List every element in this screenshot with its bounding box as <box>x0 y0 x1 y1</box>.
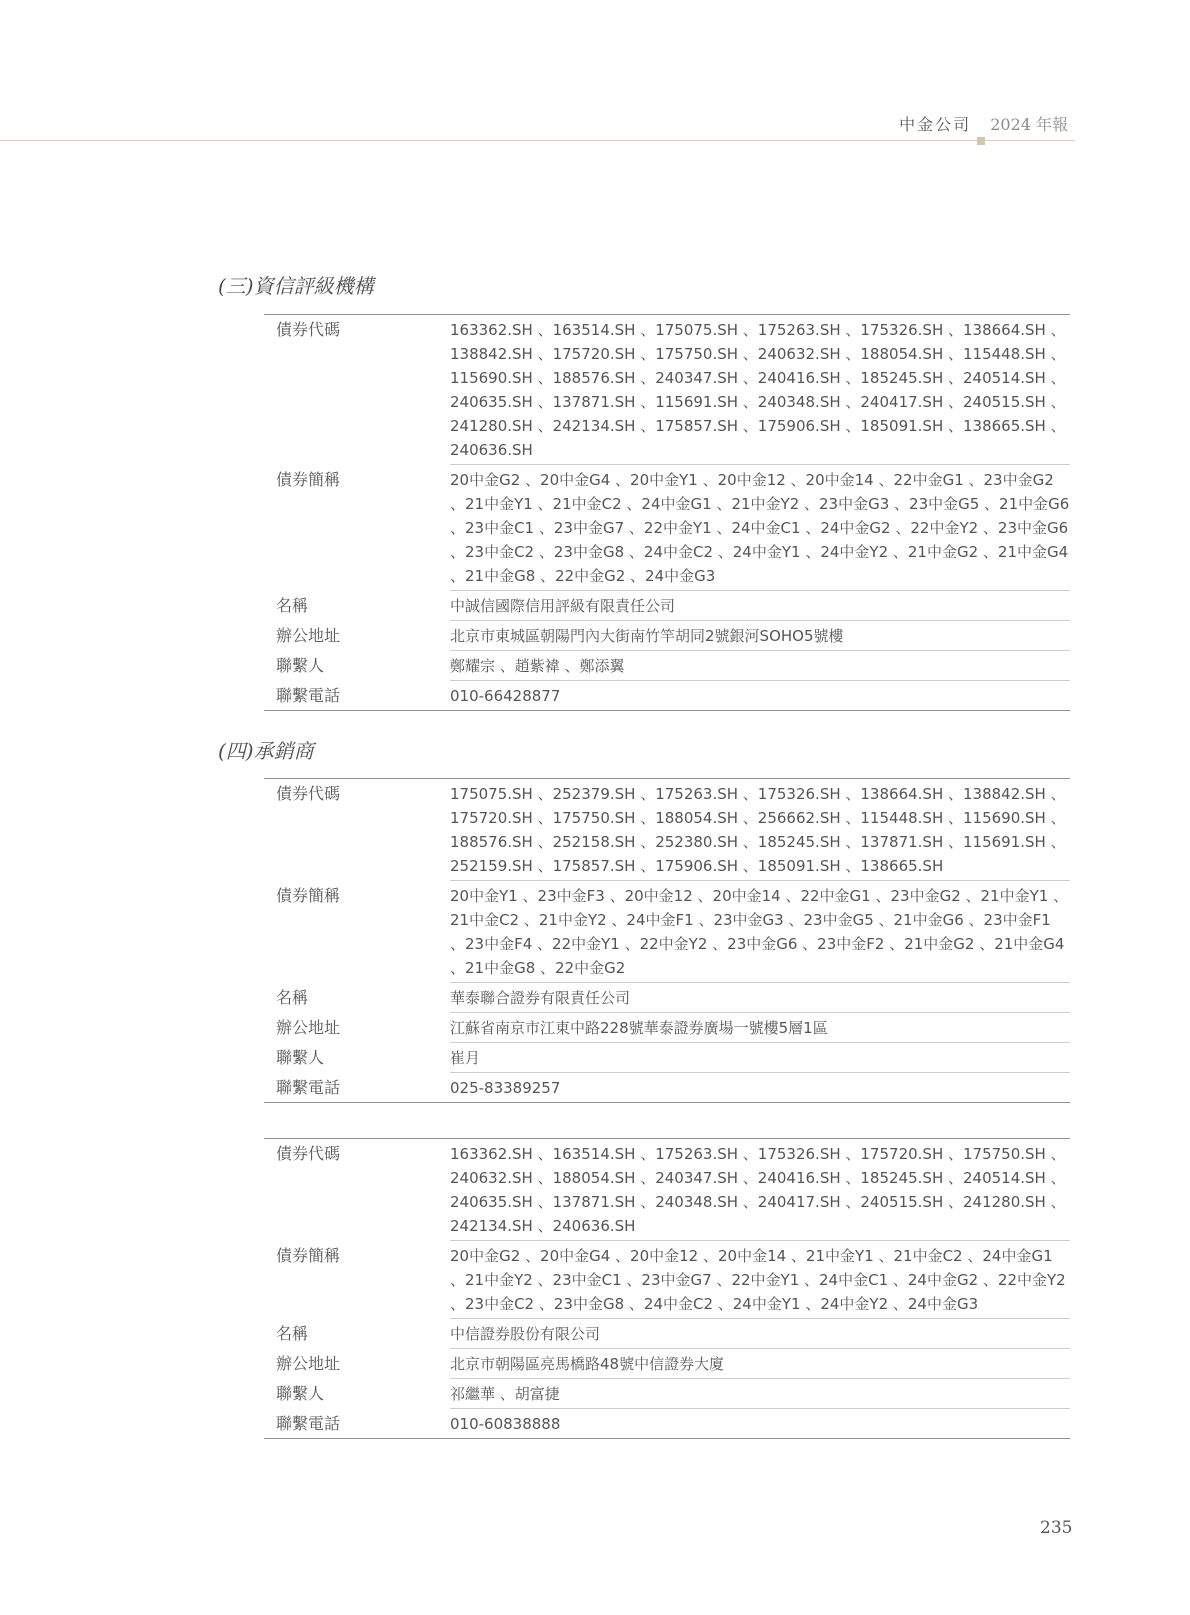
row-value-office-address: 江蘇省南京市江東中路228號華泰證券廣場一號樓5層1區 <box>450 1013 1070 1043</box>
table-row-bond-abbr: 債券簡稱 20中金G2 、20中金G4 、20中金Y1 、20中金12 、20中… <box>264 465 1070 591</box>
table-row-contact-person: 聯繫人 祁繼華 、胡富捷 <box>264 1379 1070 1409</box>
row-value-contact-person: 鄭耀宗 、趙紫褘 、鄭添翼 <box>450 651 1070 681</box>
row-label: 債券簡稱 <box>264 1241 450 1319</box>
table-row-office-address: 辦公地址 北京市東城區朝陽門內大街南竹竿胡同2號銀河SOHO5號樓 <box>264 621 1070 651</box>
row-label: 聯繫電話 <box>264 681 450 710</box>
header-report-title: 2024 年報 <box>990 115 1068 134</box>
row-label: 債券代碼 <box>264 1139 450 1241</box>
row-label: 債券代碼 <box>264 315 450 465</box>
underwriter-table-1: 債券代碼 175075.SH 、252379.SH 、175263.SH 、17… <box>264 778 1070 1103</box>
row-value-contact-phone: 025-83389257 <box>450 1073 1070 1102</box>
row-label: 名稱 <box>264 983 450 1013</box>
row-value-bond-abbr: 20中金Y1 、23中金F3 、20中金12 、20中金14 、22中金G1 、… <box>450 881 1070 983</box>
table-row-bond-code: 債券代碼 175075.SH 、252379.SH 、175263.SH 、17… <box>264 779 1070 881</box>
section-title-underwriters: (四)承銷商 <box>218 735 314 764</box>
table-row-bond-code: 債券代碼 163362.SH 、163514.SH 、175263.SH 、17… <box>264 1139 1070 1241</box>
row-label: 聯繫人 <box>264 1379 450 1409</box>
row-value-bond-abbr: 20中金G2 、20中金G4 、20中金Y1 、20中金12 、20中金14 、… <box>450 465 1070 591</box>
row-label: 聯繫人 <box>264 1043 450 1073</box>
row-value-name: 中信證券股份有限公司 <box>450 1319 1070 1349</box>
row-value-name: 中誠信國際信用評級有限責任公司 <box>450 591 1070 621</box>
header-square-ornament <box>977 137 985 145</box>
table-row-name: 名稱 中信證券股份有限公司 <box>264 1319 1070 1349</box>
row-label: 聯繫電話 <box>264 1073 450 1102</box>
table-row-contact-person: 聯繫人 崔月 <box>264 1043 1070 1073</box>
row-label: 辦公地址 <box>264 1349 450 1379</box>
table-row-contact-phone: 聯繫電話 010-66428877 <box>264 681 1070 710</box>
row-label: 聯繫人 <box>264 651 450 681</box>
table-row-contact-person: 聯繫人 鄭耀宗 、趙紫褘 、鄭添翼 <box>264 651 1070 681</box>
row-value-office-address: 北京市朝陽區亮馬橋路48號中信證券大廈 <box>450 1349 1070 1379</box>
running-header: 中金公司 2024 年報 <box>899 112 1068 135</box>
row-value-bond-code: 175075.SH 、252379.SH 、175263.SH 、175326.… <box>450 779 1070 881</box>
header-divider <box>0 140 1075 141</box>
row-value-bond-abbr: 20中金G2 、20中金G4 、20中金12 、20中金14 、21中金Y1 、… <box>450 1241 1070 1319</box>
table-row-contact-phone: 聯繫電話 025-83389257 <box>264 1073 1070 1102</box>
table-row-office-address: 辦公地址 北京市朝陽區亮馬橋路48號中信證券大廈 <box>264 1349 1070 1379</box>
row-label: 聯繫電話 <box>264 1409 450 1438</box>
row-label: 辦公地址 <box>264 1013 450 1043</box>
credit-rating-table: 債券代碼 163362.SH 、163514.SH 、175075.SH 、17… <box>264 314 1070 711</box>
row-label: 名稱 <box>264 1319 450 1349</box>
table-row-bond-abbr: 債券簡稱 20中金Y1 、23中金F3 、20中金12 、20中金14 、22中… <box>264 881 1070 983</box>
row-label: 名稱 <box>264 591 450 621</box>
row-value-name: 華泰聯合證券有限責任公司 <box>450 983 1070 1013</box>
table-row-bond-abbr: 債券簡稱 20中金G2 、20中金G4 、20中金12 、20中金14 、21中… <box>264 1241 1070 1319</box>
row-label: 債券簡稱 <box>264 881 450 983</box>
row-value-contact-phone: 010-66428877 <box>450 681 1070 710</box>
row-label: 債券代碼 <box>264 779 450 881</box>
row-value-contact-person: 祁繼華 、胡富捷 <box>450 1379 1070 1409</box>
row-label: 債券簡稱 <box>264 465 450 591</box>
underwriter-table-2: 債券代碼 163362.SH 、163514.SH 、175263.SH 、17… <box>264 1138 1070 1439</box>
table-row-name: 名稱 中誠信國際信用評級有限責任公司 <box>264 591 1070 621</box>
row-value-bond-code: 163362.SH 、163514.SH 、175075.SH 、175263.… <box>450 315 1070 465</box>
page-number: 235 <box>1040 1518 1072 1538</box>
row-label: 辦公地址 <box>264 621 450 651</box>
table-row-office-address: 辦公地址 江蘇省南京市江東中路228號華泰證券廣場一號樓5層1區 <box>264 1013 1070 1043</box>
header-company: 中金公司 <box>899 115 971 134</box>
row-value-bond-code: 163362.SH 、163514.SH 、175263.SH 、175326.… <box>450 1139 1070 1241</box>
table-row-bond-code: 債券代碼 163362.SH 、163514.SH 、175075.SH 、17… <box>264 315 1070 465</box>
row-value-contact-person: 崔月 <box>450 1043 1070 1073</box>
table-row-name: 名稱 華泰聯合證券有限責任公司 <box>264 983 1070 1013</box>
row-value-contact-phone: 010-60838888 <box>450 1409 1070 1438</box>
table-row-contact-phone: 聯繫電話 010-60838888 <box>264 1409 1070 1438</box>
row-value-office-address: 北京市東城區朝陽門內大街南竹竿胡同2號銀河SOHO5號樓 <box>450 621 1070 651</box>
section-title-credit-rating: (三)資信評級機構 <box>218 270 374 299</box>
